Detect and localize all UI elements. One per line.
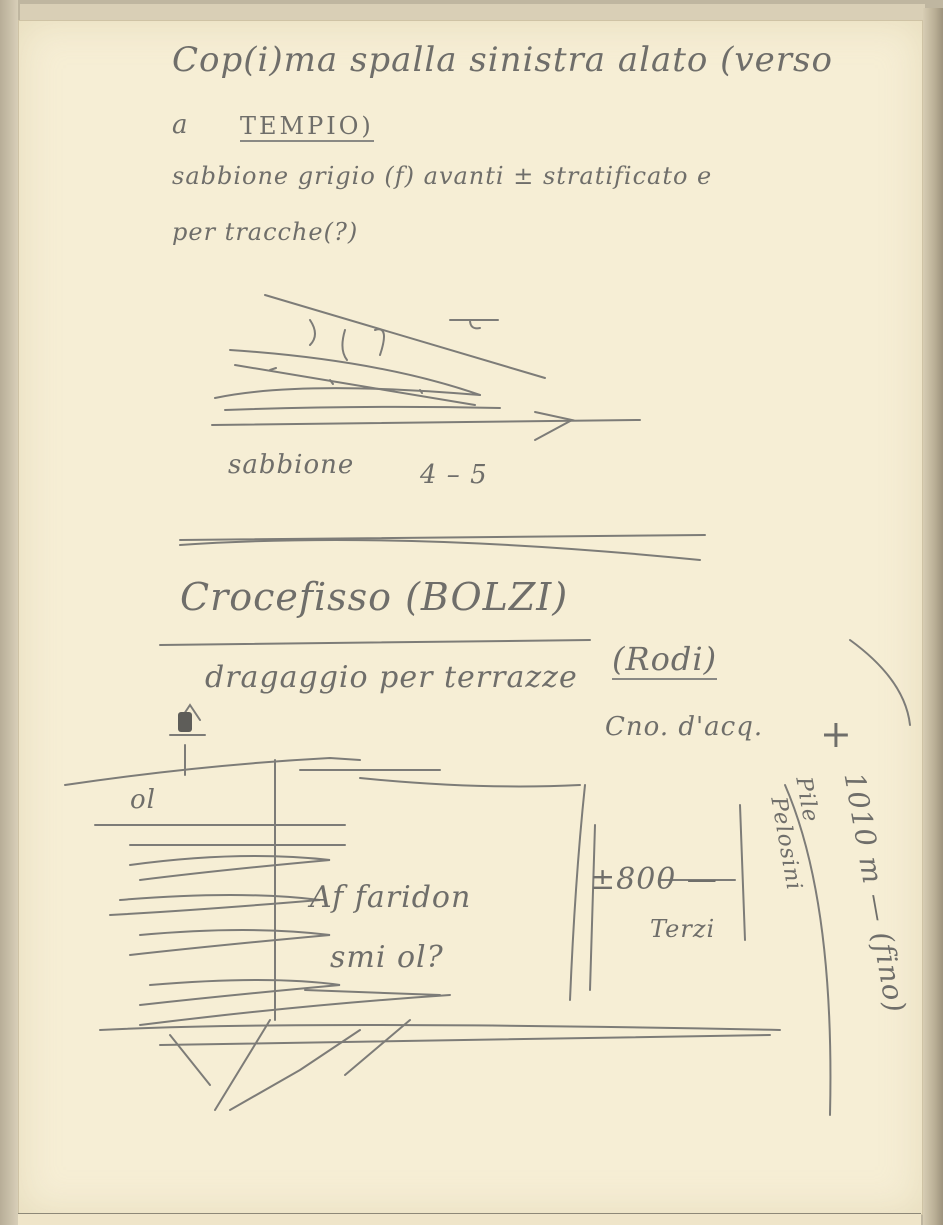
margin-label-terzi: Terzi <box>650 915 715 943</box>
note-smi-ol: smi ol? <box>330 940 444 975</box>
terrace-sketch <box>0 0 943 1225</box>
margin-value-800: ±800 — <box>590 862 718 897</box>
note-af-faridon: Af faridon <box>310 880 471 915</box>
sketch-label-ol: ol <box>130 785 156 815</box>
